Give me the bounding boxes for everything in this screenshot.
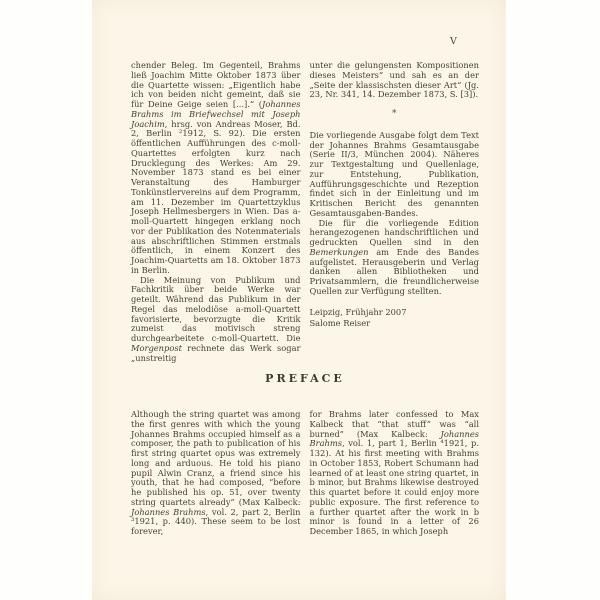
asterisk-separator: * [310,110,480,120]
paragraph-german-edition: Die vorliegende Ausgabe folgt dem Text d… [310,131,480,219]
paragraph-english-continuation: for Brahms later confessed to Max Kalbec… [310,410,480,537]
paragraph-german-reception: Die Meinung von Publikum und Fachkritik … [131,276,301,364]
german-preface-section: chender Beleg. Im Gegenteil, Brahms ließ… [131,61,479,363]
german-left-column: chender Beleg. Im Gegenteil, Brahms ließ… [131,61,301,363]
paragraph-german-continuation: chender Beleg. Im Gegenteil, Brahms ließ… [131,61,301,276]
paragraph-german-reception-end: unter die gelungensten Kompositionen die… [310,61,480,100]
signoff-author-name: Salome Reiser [310,318,480,330]
english-right-column: for Brahms later confessed to Max Kalbec… [310,410,480,537]
english-left-column: Although the string quartet was among th… [131,410,301,537]
english-preface-section: Although the string quartet was among th… [131,410,479,537]
signoff-place-date: Leipzig, Frühjahr 2007 [310,307,480,319]
german-right-column: unter die gelungensten Kompositionen die… [310,61,480,363]
book-page: V chender Beleg. Im Gegenteil, Brahms li… [92,0,506,600]
signoff-block: Leipzig, Frühjahr 2007 Salome Reiser [310,307,480,330]
paragraph-english-opening: Although the string quartet was among th… [131,410,301,537]
scan-background: V chender Beleg. Im Gegenteil, Brahms li… [0,0,600,600]
paragraph-german-sources: Die für die vorliegende Edition herangez… [310,219,480,297]
preface-heading: PREFACE [131,372,479,385]
page-number: V [450,36,457,47]
